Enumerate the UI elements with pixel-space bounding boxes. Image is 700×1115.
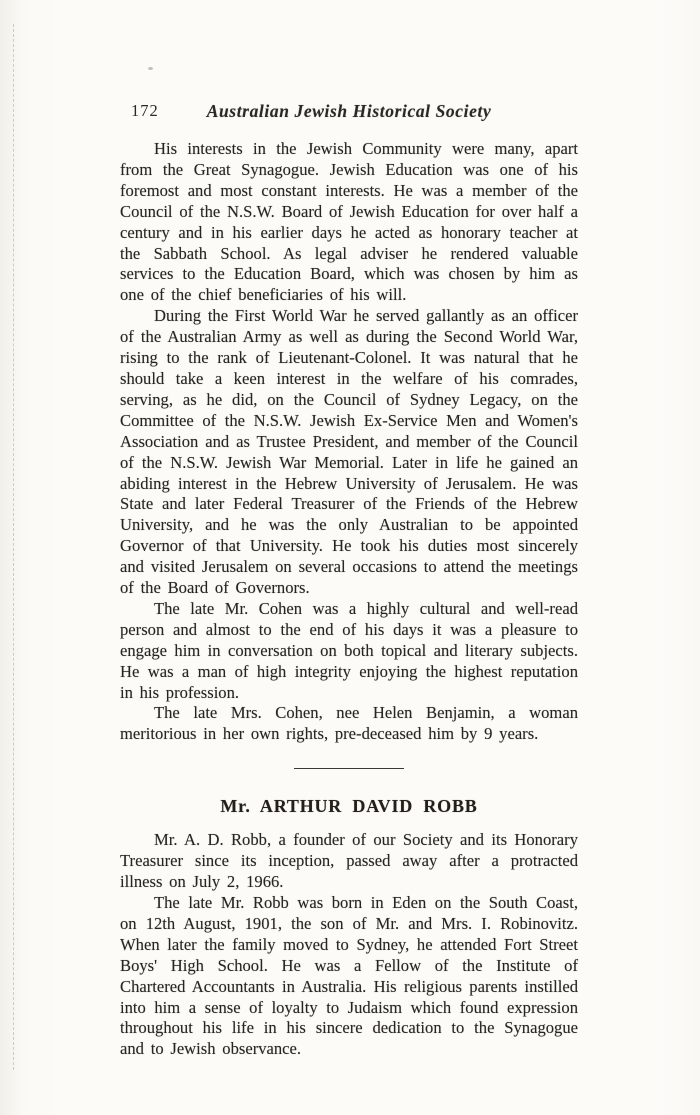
scanned-page: 172 Australian Jewish Historical Society… [0, 0, 700, 1115]
page-number: 172 [131, 101, 159, 121]
running-header-title: Australian Jewish Historical Society [120, 101, 578, 122]
robb-paragraph-death: Mr. A. D. Robb, a founder of our Society… [120, 830, 578, 893]
cohen-paragraph-war-service: During the First World War he served gal… [120, 306, 578, 599]
cohen-paragraph-character: The late Mr. Cohen was a highly cultural… [120, 599, 578, 704]
robb-obituary: Mr. ARTHUR DAVID ROBB Mr. A. D. Robb, a … [120, 796, 578, 1060]
robb-paragraph-early-life: The late Mr. Robb was born in Eden on th… [120, 893, 578, 1060]
cohen-paragraph-interests: His interests in the Jewish Community we… [120, 139, 578, 306]
cohen-obituary-continuation: His interests in the Jewish Community we… [120, 139, 578, 745]
robb-obituary-heading: Mr. ARTHUR DAVID ROBB [120, 796, 578, 817]
page-header: 172 Australian Jewish Historical Society [120, 101, 578, 125]
scan-binding-line [13, 24, 14, 1070]
section-divider [294, 768, 404, 769]
page-content: 172 Australian Jewish Historical Society… [120, 0, 578, 1060]
cohen-paragraph-mrs-cohen: The late Mrs. Cohen, nee Helen Benjamin,… [120, 703, 578, 745]
